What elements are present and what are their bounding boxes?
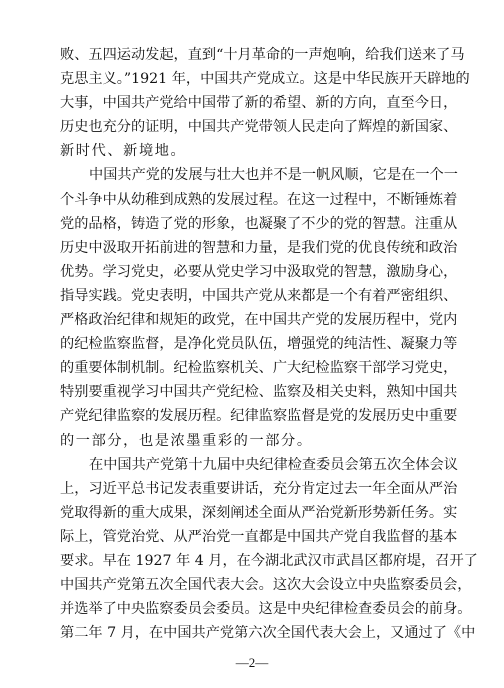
text-line: 第二年 7 月，在中国共产党第六次全国代表大会上，又通过了《中: [60, 621, 446, 645]
text-line: 中国共产党的发展与壮大也并不是一帆风顺，它是在一个一: [60, 163, 446, 187]
text-line: 指导实践。党史表明，中国共产党从来都是一个有着严密组织、: [60, 284, 446, 308]
text-line: 在中国共产党第十九届中央纪律检查委员会第五次全体会议: [60, 453, 446, 477]
text-line: 大事，中国共产党给中国带了新的希望、新的方向，直至今日，: [60, 91, 446, 115]
text-line: 的一部分，也是浓墨重彩的一部分。: [60, 429, 446, 453]
text-line: 特别要重视学习中国共产党纪检、监察及相关史料，熟知中国共: [60, 380, 446, 404]
page-number: —2—: [0, 655, 504, 671]
text-line: 历史中汲取开拓前进的智慧和力量，是我们党的优良传统和政治: [60, 236, 446, 260]
text-line: 新时代、新境地。: [60, 139, 446, 163]
text-line: 中国共产党第五次全国代表大会。这次大会设立中央监察委员会，: [60, 573, 446, 597]
text-line: 败、五四运动发起，直到“十月革命的一声炮响，给我们送来了马: [60, 43, 446, 67]
text-line: 际上，管党治党、从严治党一直都是中国共产党自我监督的基本: [60, 525, 446, 549]
text-line: 党取得新的重大成果，深刻阐述全面从严治党新形势新任务。实: [60, 501, 446, 525]
text-line: 历史也充分的证明，中国共产党带领人民走向了辉煌的新国家、: [60, 115, 446, 139]
text-line: 要求。早在 1927 年 4 月，在今湖北武汉市武昌区都府堤，召开了: [60, 549, 446, 573]
text-line: 克思主义。”1921 年，中国共产党成立。这是中华民族开天辟地的: [60, 67, 446, 91]
text-line: 优势。学习党史，必要从党史学习中汲取党的智慧，激励身心，: [60, 260, 446, 284]
text-line: 产党纪律监察的发展历程。纪律监察监督是党的发展历史中重要: [60, 404, 446, 428]
text-line: 的重要体制机制。纪检监察机关、广大纪检监察干部学习党史，: [60, 356, 446, 380]
document-page: 败、五四运动发起，直到“十月革命的一声炮响，给我们送来了马 克思主义。”1921…: [0, 0, 504, 688]
text-line: 党的品格，铸造了党的形象，也凝聚了不少的党的智慧。注重从: [60, 212, 446, 236]
text-line: 上，习近平总书记发表重要讲话，充分肯定过去一年全面从严治: [60, 477, 446, 501]
text-line: 严格政治纪律和规矩的政党，在中国共产党的发展历程中，党内: [60, 308, 446, 332]
text-line: 的纪检监察监督，是净化党员队伍，增强党的纯洁性、凝聚力等: [60, 332, 446, 356]
text-line: 并选举了中央监察委员会委员。这是中央纪律检查委员会的前身。: [60, 597, 446, 621]
text-line: 个斗争中从幼稚到成熟的发展过程。在这一过程中，不断锤炼着: [60, 188, 446, 212]
body-text: 败、五四运动发起，直到“十月革命的一声炮响，给我们送来了马 克思主义。”1921…: [60, 43, 446, 645]
